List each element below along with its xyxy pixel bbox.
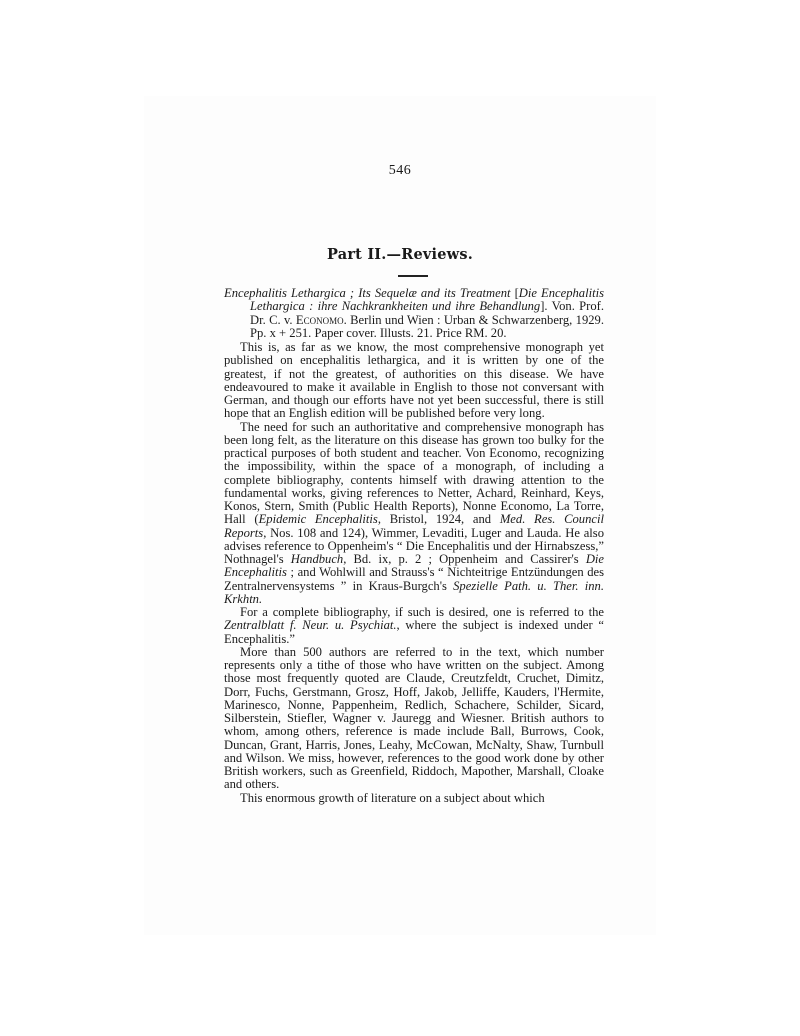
citation-author-surname: Economo [296, 313, 344, 327]
title-divider [398, 275, 428, 277]
paragraph-2: The need for such an authoritative and c… [224, 421, 604, 607]
book-citation: Encephalitis Lethargica ; Its Sequelæ an… [224, 287, 604, 340]
section-title: Part II.—Reviews. [0, 246, 800, 263]
paragraph-5: This enormous growth of literature on a … [224, 792, 604, 805]
page-number: 546 [0, 163, 800, 179]
paragraph-3: For a complete bibliography, if such is … [224, 606, 604, 646]
citation-title-en: Encephalitis Lethargica ; Its Sequelæ an… [224, 286, 511, 300]
paragraph-1: This is, as far as we know, the most com… [224, 341, 604, 421]
review-body: Encephalitis Lethargica ; Its Sequelæ an… [224, 287, 604, 805]
paragraph-4: More than 500 authors are referred to in… [224, 646, 604, 792]
